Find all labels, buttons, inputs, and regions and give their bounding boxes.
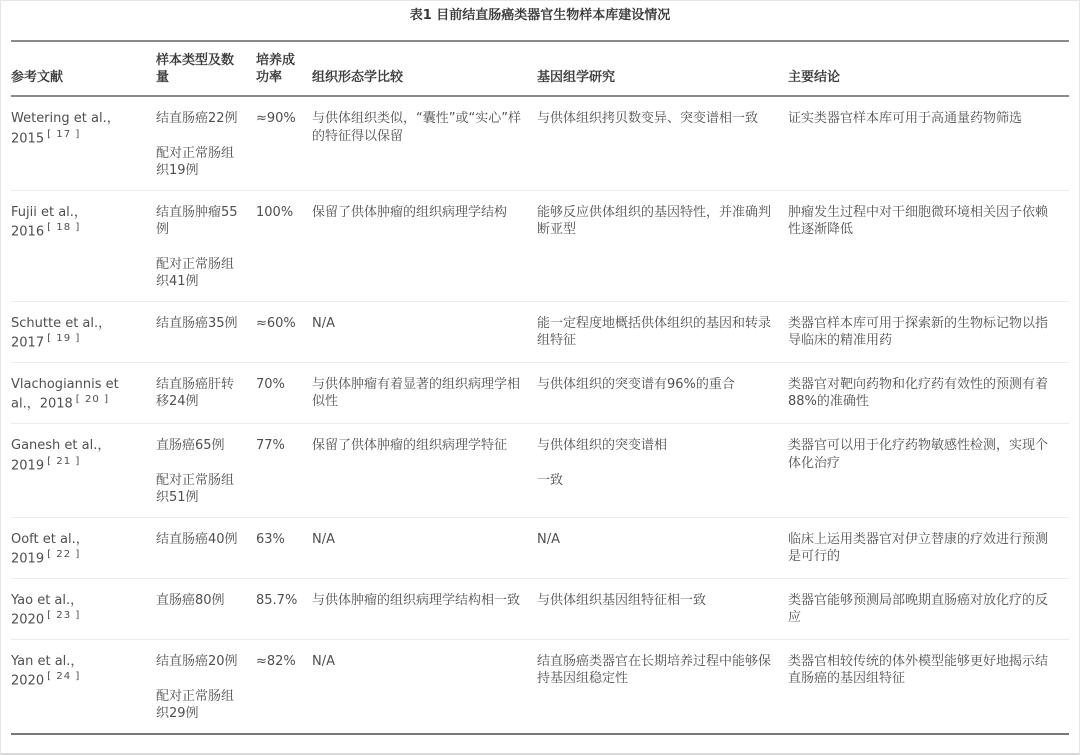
sample-cell: 结直肠癌20例 配对正常肠组织29例 <box>156 640 256 734</box>
column-header-conclusion: 主要结论 <box>788 41 1069 96</box>
success-rate-cell: 70% <box>256 363 312 424</box>
citation-number: [ 23 ] <box>47 610 80 621</box>
morphology-cell: 与供体肿瘤的组织病理学结构相一致 <box>312 578 537 639</box>
genomics-cell: 与供体组织拷贝数变异、突变谱相一致 <box>537 96 788 190</box>
reference-cell: Ooft et al.，2019[ 22 ] <box>11 517 156 578</box>
morphology-cell: N/A <box>312 517 537 578</box>
column-header-sample: 样本类型及数量 <box>156 41 256 96</box>
morphology-cell: 与供体组织类似，“囊性”或“实心”样的特征得以保留 <box>312 96 537 190</box>
table-row: Yan et al.，2020[ 24 ] 结直肠癌20例 配对正常肠组织29例… <box>11 640 1069 734</box>
citation-number: [ 19 ] <box>47 333 80 344</box>
header-row: 参考文献 样本类型及数量 培养成功率 组织形态学比较 基因组学研究 主要结论 <box>11 41 1069 96</box>
reference-cell: Yan et al.，2020[ 24 ] <box>11 640 156 734</box>
reference-cell: Yao et al.，2020[ 23 ] <box>11 578 156 639</box>
column-header-genomics: 基因组学研究 <box>537 41 788 96</box>
morphology-cell: N/A <box>312 640 537 734</box>
conclusion-cell: 类器官样本库可用于探索新的生物标记物以指导临床的精准用药 <box>788 301 1069 362</box>
success-rate-cell: 100% <box>256 190 312 301</box>
table-row: Ooft et al.，2019[ 22 ] 结直肠癌40例 63% N/A N… <box>11 517 1069 578</box>
genomics-cell: 与供体组织的突变谱相 一致 <box>537 424 788 518</box>
citation-number: [ 20 ] <box>76 394 109 405</box>
biobank-table: 参考文献 样本类型及数量 培养成功率 组织形态学比较 基因组学研究 主要结论 W… <box>11 40 1069 735</box>
success-rate-cell: 85.7% <box>256 578 312 639</box>
table-row: Yao et al.，2020[ 23 ] 直肠癌80例 85.7% 与供体肿瘤… <box>11 578 1069 639</box>
page: 表1 目前结直肠癌类器官生物样本库建设情况 参考文献 样本类型及数量 培养成功率… <box>0 0 1080 755</box>
citation-number: [ 22 ] <box>47 549 80 560</box>
conclusion-cell: 类器官能够预测局部晚期直肠癌对放化疗的反应 <box>788 578 1069 639</box>
sample-cell: 结直肠癌22例 配对正常肠组织19例 <box>156 96 256 190</box>
column-header-success-rate: 培养成功率 <box>256 41 312 96</box>
conclusion-cell: 肿瘤发生过程中对干细胞微环境相关因子依赖性逐渐降低 <box>788 190 1069 301</box>
conclusion-cell: 类器官可以用于化疗药物敏感性检测，实现个体化治疗 <box>788 424 1069 518</box>
column-header-morphology: 组织形态学比较 <box>312 41 537 96</box>
column-header-reference: 参考文献 <box>11 41 156 96</box>
reference-cell: Ganesh et al.，2019[ 21 ] <box>11 424 156 518</box>
morphology-cell: 与供体肿瘤有着显著的组织病理学相似性 <box>312 363 537 424</box>
success-rate-cell: 77% <box>256 424 312 518</box>
table-row: Schutte et al.，2017[ 19 ] 结直肠癌35例 ≈60% N… <box>11 301 1069 362</box>
genomics-cell: 能够反应供体组织的基因特性，并准确判断亚型 <box>537 190 788 301</box>
reference-cell: Wetering et al.，2015[ 17 ] <box>11 96 156 190</box>
table-row: Fujii et al.，2016[ 18 ] 结直肠肿瘤55例 配对正常肠组织… <box>11 190 1069 301</box>
conclusion-cell: 临床上运用类器官对伊立替康的疗效进行预测是可行的 <box>788 517 1069 578</box>
genomics-cell: 能一定程度地概括供体组织的基因和转录组特征 <box>537 301 788 362</box>
sample-cell: 直肠癌65例 配对正常肠组织51例 <box>156 424 256 518</box>
morphology-cell: N/A <box>312 301 537 362</box>
table-row: Wetering et al.，2015[ 17 ] 结直肠癌22例 配对正常肠… <box>11 96 1069 190</box>
citation-number: [ 24 ] <box>47 671 80 682</box>
sample-cell: 结直肠癌35例 <box>156 301 256 362</box>
genomics-cell: 与供体组织的突变谱有96%的重合 <box>537 363 788 424</box>
morphology-cell: 保留了供体肿瘤的组织病理学结构 <box>312 190 537 301</box>
conclusion-cell: 类器官相较传统的体外模型能够更好地揭示结直肠癌的基因组特征 <box>788 640 1069 734</box>
table-row: Vlachogiannis et al.，2018[ 20 ] 结直肠癌肝转移2… <box>11 363 1069 424</box>
success-rate-cell: ≈90% <box>256 96 312 190</box>
genomics-cell: N/A <box>537 517 788 578</box>
table-row: Ganesh et al.，2019[ 21 ] 直肠癌65例 配对正常肠组织5… <box>11 424 1069 518</box>
genomics-cell: 与供体组织基因组特征相一致 <box>537 578 788 639</box>
conclusion-cell: 类器官对靶向药物和化疗药有效性的预测有着88%的准确性 <box>788 363 1069 424</box>
table-title: 表1 目前结直肠癌类器官生物样本库建设情况 <box>11 1 1069 25</box>
reference-cell: Fujii et al.，2016[ 18 ] <box>11 190 156 301</box>
citation-number: [ 18 ] <box>47 222 80 233</box>
citation-number: [ 17 ] <box>47 129 80 140</box>
success-rate-cell: 63% <box>256 517 312 578</box>
genomics-cell: 结直肠癌类器官在长期培养过程中能够保持基因组稳定性 <box>537 640 788 734</box>
citation-number: [ 21 ] <box>47 456 80 467</box>
sample-cell: 结直肠癌肝转移24例 <box>156 363 256 424</box>
success-rate-cell: ≈60% <box>256 301 312 362</box>
sample-cell: 直肠癌80例 <box>156 578 256 639</box>
sample-cell: 结直肠肿瘤55例 配对正常肠组织41例 <box>156 190 256 301</box>
morphology-cell: 保留了供体肿瘤的组织病理学特征 <box>312 424 537 518</box>
reference-cell: Schutte et al.，2017[ 19 ] <box>11 301 156 362</box>
conclusion-cell: 证实类器官样本库可用于高通量药物筛选 <box>788 96 1069 190</box>
sample-cell: 结直肠癌40例 <box>156 517 256 578</box>
reference-cell: Vlachogiannis et al.，2018[ 20 ] <box>11 363 156 424</box>
success-rate-cell: ≈82% <box>256 640 312 734</box>
